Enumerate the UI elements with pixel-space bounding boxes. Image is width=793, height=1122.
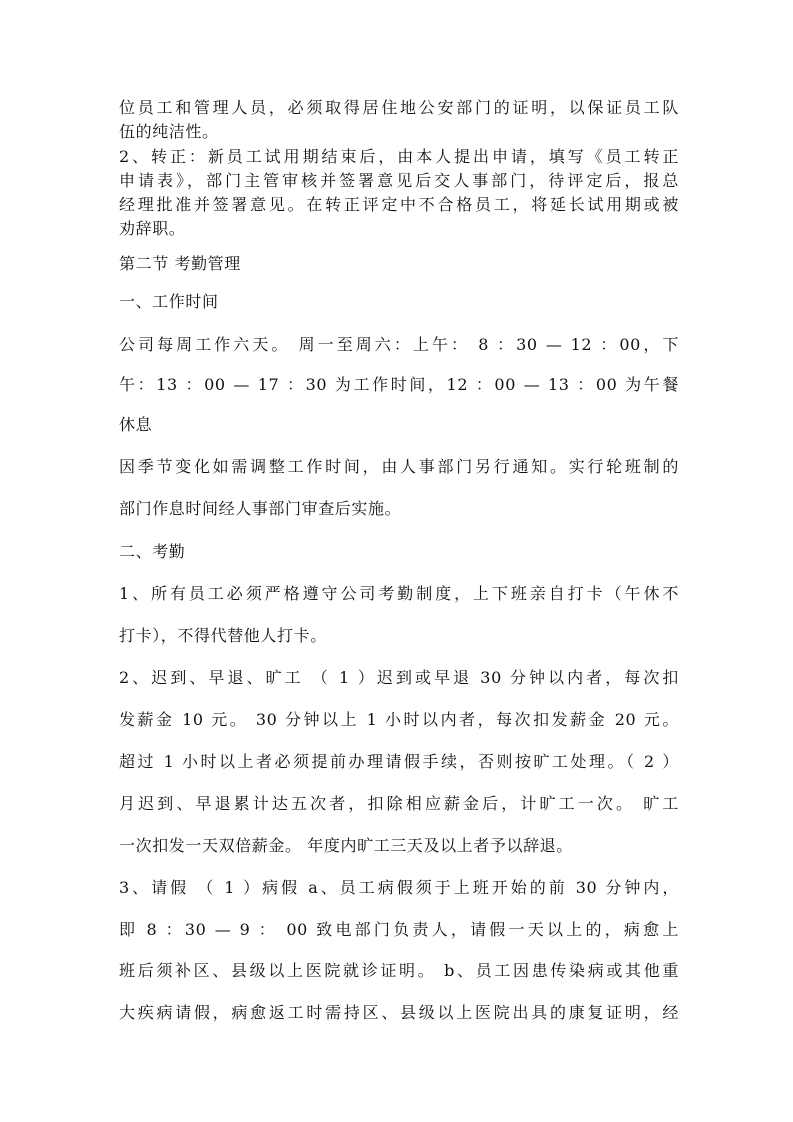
text-line: 大疾病请假，病愈返工时需持区、县级以上医院出具的康复证明，经	[119, 1003, 679, 1023]
text-line: 超过 1 小时以上者必须提前办理请假手续，否则按旷工处理。（ 2 ）	[119, 752, 679, 772]
text-line: 2、转正：新员工试用期结束后，由本人提出申请，填写《员工转正	[119, 147, 679, 167]
text-line: 经理批准并签署意见。在转正评定中不合格员工，将延长试用期或被	[119, 195, 679, 215]
document-page: 位员工和管理人员，必须取得居住地公安部门的证明，以保证员工队 伍的纯洁性。 2、…	[0, 0, 793, 1122]
subsection-heading: 二、考勤	[119, 542, 679, 562]
subsection-heading: 一、工作时间	[119, 292, 679, 312]
text-line: 午：13 ：00 — 17 ：30 为工作时间，12 ：00 — 13 ：00 …	[119, 375, 679, 395]
text-line: 劝辞职。	[119, 219, 679, 239]
text-line: 月迟到、早退累计达五次者，扣除相应薪金后，计旷工一次。 旷工	[119, 794, 679, 814]
text-line: 发薪金 10 元。 30 分钟以上 1 小时以内者，每次扣发薪金 20 元。	[119, 710, 679, 730]
text-line: 班后须补区、县级以上医院就诊证明。 b、员工因患传染病或其他重	[119, 961, 679, 981]
text-line: 申请表》，部门主管审核并签署意见后交人事部门，待评定后，报总	[119, 171, 679, 191]
text-line: 1、所有员工必须严格遵守公司考勤制度，上下班亲自打卡（午休不	[119, 584, 679, 604]
text-line: 一次扣发一天双倍薪金。 年度内旷工三天及以上者予以辞退。	[119, 836, 679, 856]
text-line: 2、迟到、早退、旷工 （ 1 ）迟到或早退 30 分钟以内者，每次扣	[119, 668, 679, 688]
text-line: 打卡），不得代替他人打卡。	[119, 626, 679, 646]
text-line: 位员工和管理人员，必须取得居住地公安部门的证明，以保证员工队	[119, 98, 679, 118]
section-heading: 第二节 考勤管理	[119, 254, 679, 274]
text-line: 休息	[119, 415, 679, 435]
text-line: 即 8 ：30 — 9 ： 00 致电部门负责人，请假一天以上的，病愈上	[119, 920, 679, 940]
text-line: 因季节变化如需调整工作时间，由人事部门另行通知。实行轮班制的	[119, 457, 679, 477]
text-line: 部门作息时间经人事部门审查后实施。	[119, 499, 679, 519]
text-line: 公司每周工作六天。 周一至周六：上午： 8 ：30 — 12 ：00，下	[119, 335, 679, 355]
text-line: 3、请假 （ 1 ）病假 a、员工病假须于上班开始的前 30 分钟内，	[119, 878, 679, 898]
text-line: 伍的纯洁性。	[119, 122, 679, 142]
